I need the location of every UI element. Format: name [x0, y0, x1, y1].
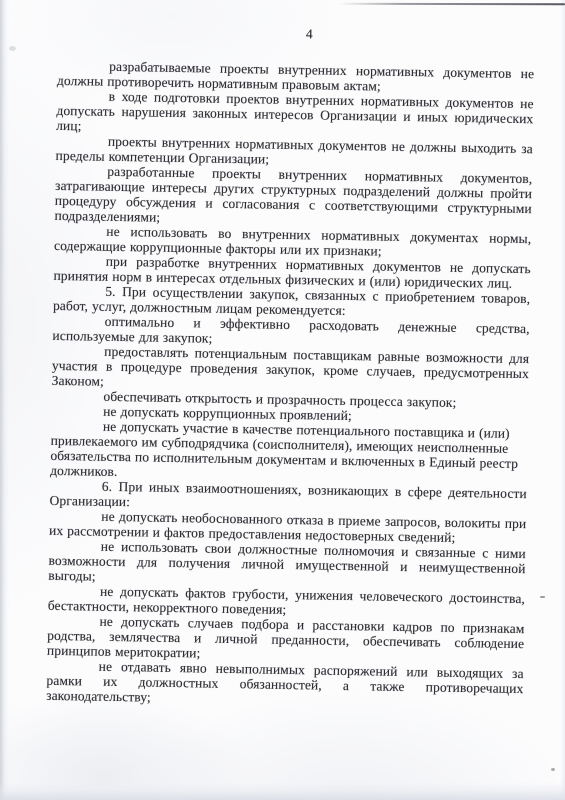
scan-speck [540, 596, 545, 598]
paragraphs-container: разрабатываемые проекты внутренних норма… [46, 58, 534, 711]
scan-edge-left-shadow [0, 0, 9, 800]
scan-speck [9, 46, 16, 51]
paragraph: разработанные проекты внутренних нормати… [54, 163, 532, 231]
paragraph: не отдавать явно невыполнимых распоряжен… [46, 658, 524, 711]
scanned-page: 4 разрабатываемые проекты внутренних нор… [0, 0, 565, 800]
scan-speck [551, 768, 555, 771]
paragraph: не допускать участие в качестве потенциа… [50, 418, 528, 486]
scan-edge-right-shadow [560, 0, 565, 800]
scan-top-edge-line [338, 3, 565, 5]
page-number: 4 [58, 22, 535, 45]
scan-edge-bottom-shadow [0, 782, 565, 800]
page-content: 4 разрабатываемые проекты внутренних нор… [46, 22, 535, 711]
